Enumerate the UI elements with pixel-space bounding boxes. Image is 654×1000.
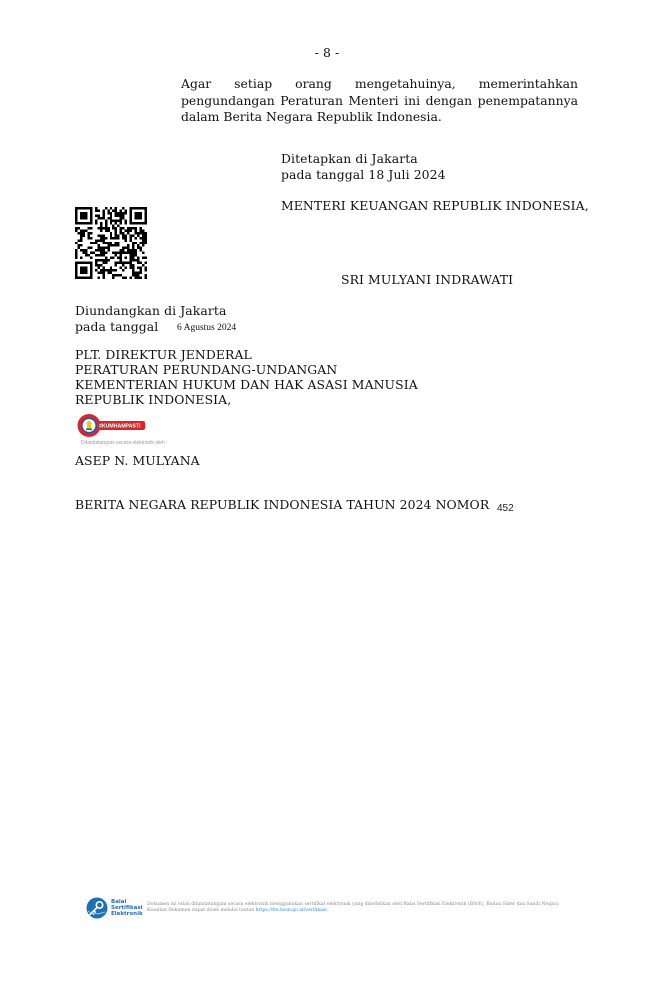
svg-text:#KUMHAMPASTI: #KUMHAMPASTI bbox=[99, 424, 141, 430]
closing-paragraph-line: dalam Berita Negara Republik Indonesia. bbox=[181, 109, 578, 126]
promulgation-place: Diundangkan di Jakarta bbox=[75, 303, 226, 319]
gazette-label: BERITA NEGARA REPUBLIK INDONESIA TAHUN 2… bbox=[75, 497, 489, 513]
promulgation-date-label: pada tanggal bbox=[75, 319, 158, 335]
promulgation-office-line: KEMENTERIAN HUKUM DAN HAK ASASI MANUSIA bbox=[75, 377, 418, 393]
qr-code-icon bbox=[75, 207, 147, 279]
gazette-number: 452 bbox=[497, 503, 514, 514]
bsre-footer: Balai Sertifikasi Elektronik Dokumen ini… bbox=[86, 895, 559, 921]
enactment-signatory: SRI MULYANI INDRAWATI bbox=[341, 272, 513, 288]
closing-paragraph-line: Agar setiap orang mengetahuinya, memerin… bbox=[181, 76, 578, 93]
stamp-caption: Ditandatangani secara elektronik oleh : bbox=[81, 440, 167, 446]
promulgation-signatory: ASEP N. MULYANA bbox=[75, 453, 200, 469]
page-number: - 8 - bbox=[0, 45, 654, 61]
promulgation-office-line: PERATURAN PERUNDANG-UNDANGAN bbox=[75, 362, 337, 378]
enactment-office: MENTERI KEUANGAN REPUBLIK INDONESIA, bbox=[281, 198, 589, 214]
footer-verify-prefix: Keaslian Dokumen dapat dicek melalui tau… bbox=[147, 908, 256, 913]
enactment-place: Ditetapkan di Jakarta bbox=[281, 151, 418, 167]
bsre-logo-icon bbox=[86, 897, 108, 919]
footer-notice-line: Keaslian Dokumen dapat dicek melalui tau… bbox=[147, 908, 559, 914]
closing-paragraph: Agar setiap orang mengetahuinya, memerin… bbox=[181, 76, 578, 126]
promulgation-date-value: 6 Agustus 2024 bbox=[177, 323, 236, 333]
bsre-name-line: Elektronik bbox=[111, 911, 145, 917]
footer-notice: Dokumen ini telah ditandatangani secara … bbox=[147, 902, 559, 915]
bsre-name: Balai Sertifikasi Elektronik bbox=[111, 899, 145, 918]
closing-paragraph-line: pengundangan Peraturan Menteri ini denga… bbox=[181, 93, 578, 110]
promulgation-office-line: REPUBLIK INDONESIA, bbox=[75, 392, 231, 408]
promulgation-office-line: PLT. DIREKTUR JENDERAL bbox=[75, 347, 252, 363]
verify-link[interactable]: https://tte.bssn.go.id/verifikasi bbox=[256, 908, 327, 913]
enactment-date: pada tanggal 18 Juli 2024 bbox=[281, 167, 446, 183]
